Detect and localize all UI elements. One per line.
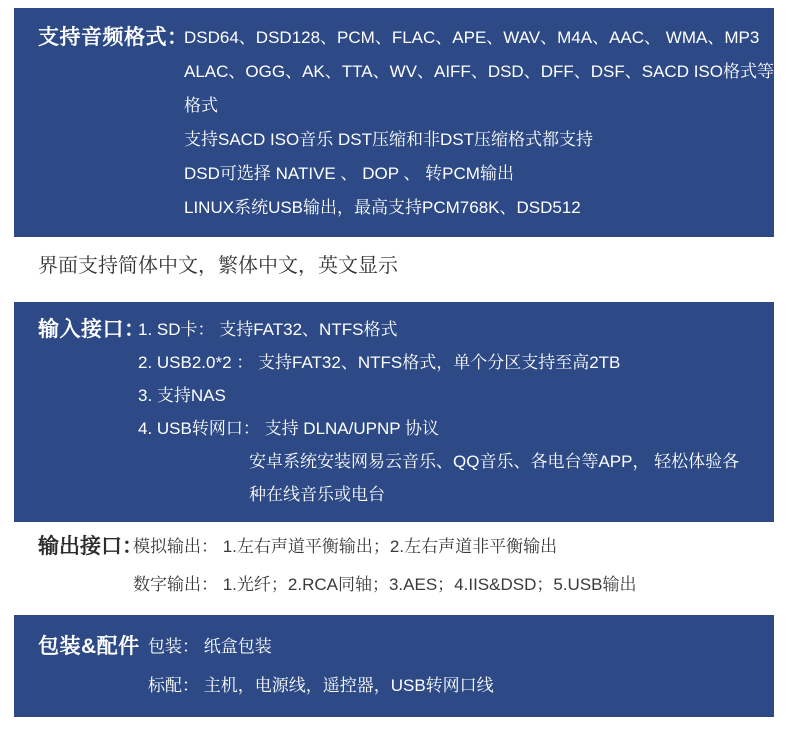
product-spec-page: 支持音频格式： DSD64、DSD128、PCM、FLAC、APE、WAV、M4… bbox=[0, 8, 790, 750]
output-ports-section: 输出接口： 模拟输出： 1.左右声道平衡输出；2.左右声道非平衡输出 数字输出：… bbox=[0, 522, 790, 615]
input-ports-line: 安卓系统安装网易云音乐、QQ音乐、各电台等APP， 轻松体验各 bbox=[249, 445, 766, 478]
packaging-line: 标配： 主机，电源线，遥控器，USB转网口线 bbox=[148, 666, 766, 705]
audio-formats-line: DSD可选择 NATIVE 、 DOP 、 转PCM输出 bbox=[184, 157, 766, 191]
output-ports-content: 模拟输出： 1.左右声道平衡输出；2.左右声道非平衡输出 数字输出： 1.光纤；… bbox=[133, 528, 782, 604]
packaging-label: 包装&配件 bbox=[38, 627, 148, 666]
audio-formats-line: ALAC、OGG、AK、TTA、WV、AIFF、DSD、DFF、DSF、SACD… bbox=[184, 55, 766, 89]
input-ports-line: 2. USB2.0*2 ： 支持FAT32、NTFS格式，单个分区支持至高2TB bbox=[138, 346, 766, 379]
audio-formats-label: 支持音频格式： bbox=[38, 21, 184, 55]
input-ports-line: 种在线音乐或电台 bbox=[249, 478, 766, 511]
interface-language-section: 界面支持简体中文，繁体中文，英文显示 bbox=[0, 237, 790, 302]
packaging-panel: 包装&配件 包装： 纸盒包装 标配： 主机，电源线，遥控器，USB转网口线 bbox=[14, 615, 774, 717]
input-ports-line: 3. 支持NAS bbox=[138, 379, 766, 412]
output-ports-label: 输出接口： bbox=[38, 528, 133, 566]
input-ports-label: 输入接口： bbox=[38, 313, 138, 346]
audio-formats-line: LINUX系统USB输出，最高支持PCM768K、DSD512 bbox=[184, 191, 766, 225]
audio-formats-line: 格式 bbox=[184, 89, 766, 123]
input-ports-panel: 输入接口： 1. SD卡： 支持FAT32、NTFS格式 2. USB2.0*2… bbox=[14, 302, 774, 522]
input-ports-content: 1. SD卡： 支持FAT32、NTFS格式 2. USB2.0*2 ： 支持F… bbox=[138, 313, 766, 511]
audio-formats-panel: 支持音频格式： DSD64、DSD128、PCM、FLAC、APE、WAV、M4… bbox=[14, 8, 774, 237]
interface-language-note: 界面支持简体中文，繁体中文，英文显示 bbox=[38, 253, 790, 279]
audio-formats-line: DSD64、DSD128、PCM、FLAC、APE、WAV、M4A、AAC、 W… bbox=[184, 21, 766, 55]
output-ports-line: 模拟输出： 1.左右声道平衡输出；2.左右声道非平衡输出 bbox=[133, 528, 782, 566]
packaging-line: 包装： 纸盒包装 bbox=[148, 627, 766, 666]
input-ports-line: 4. USB转网口： 支持 DLNA/UPNP 协议 bbox=[138, 412, 766, 445]
audio-formats-content: DSD64、DSD128、PCM、FLAC、APE、WAV、M4A、AAC、 W… bbox=[184, 21, 766, 225]
audio-formats-line: 支持SACD ISO音乐 DST压缩和非DST压缩格式都支持 bbox=[184, 123, 766, 157]
packaging-content: 包装： 纸盒包装 标配： 主机，电源线，遥控器，USB转网口线 bbox=[148, 627, 766, 705]
input-ports-line: 1. SD卡： 支持FAT32、NTFS格式 bbox=[138, 313, 766, 346]
output-ports-line: 数字输出： 1.光纤；2.RCA同轴；3.AES；4.IIS&DSD；5.USB… bbox=[133, 566, 782, 604]
bottom-margin bbox=[0, 717, 790, 750]
